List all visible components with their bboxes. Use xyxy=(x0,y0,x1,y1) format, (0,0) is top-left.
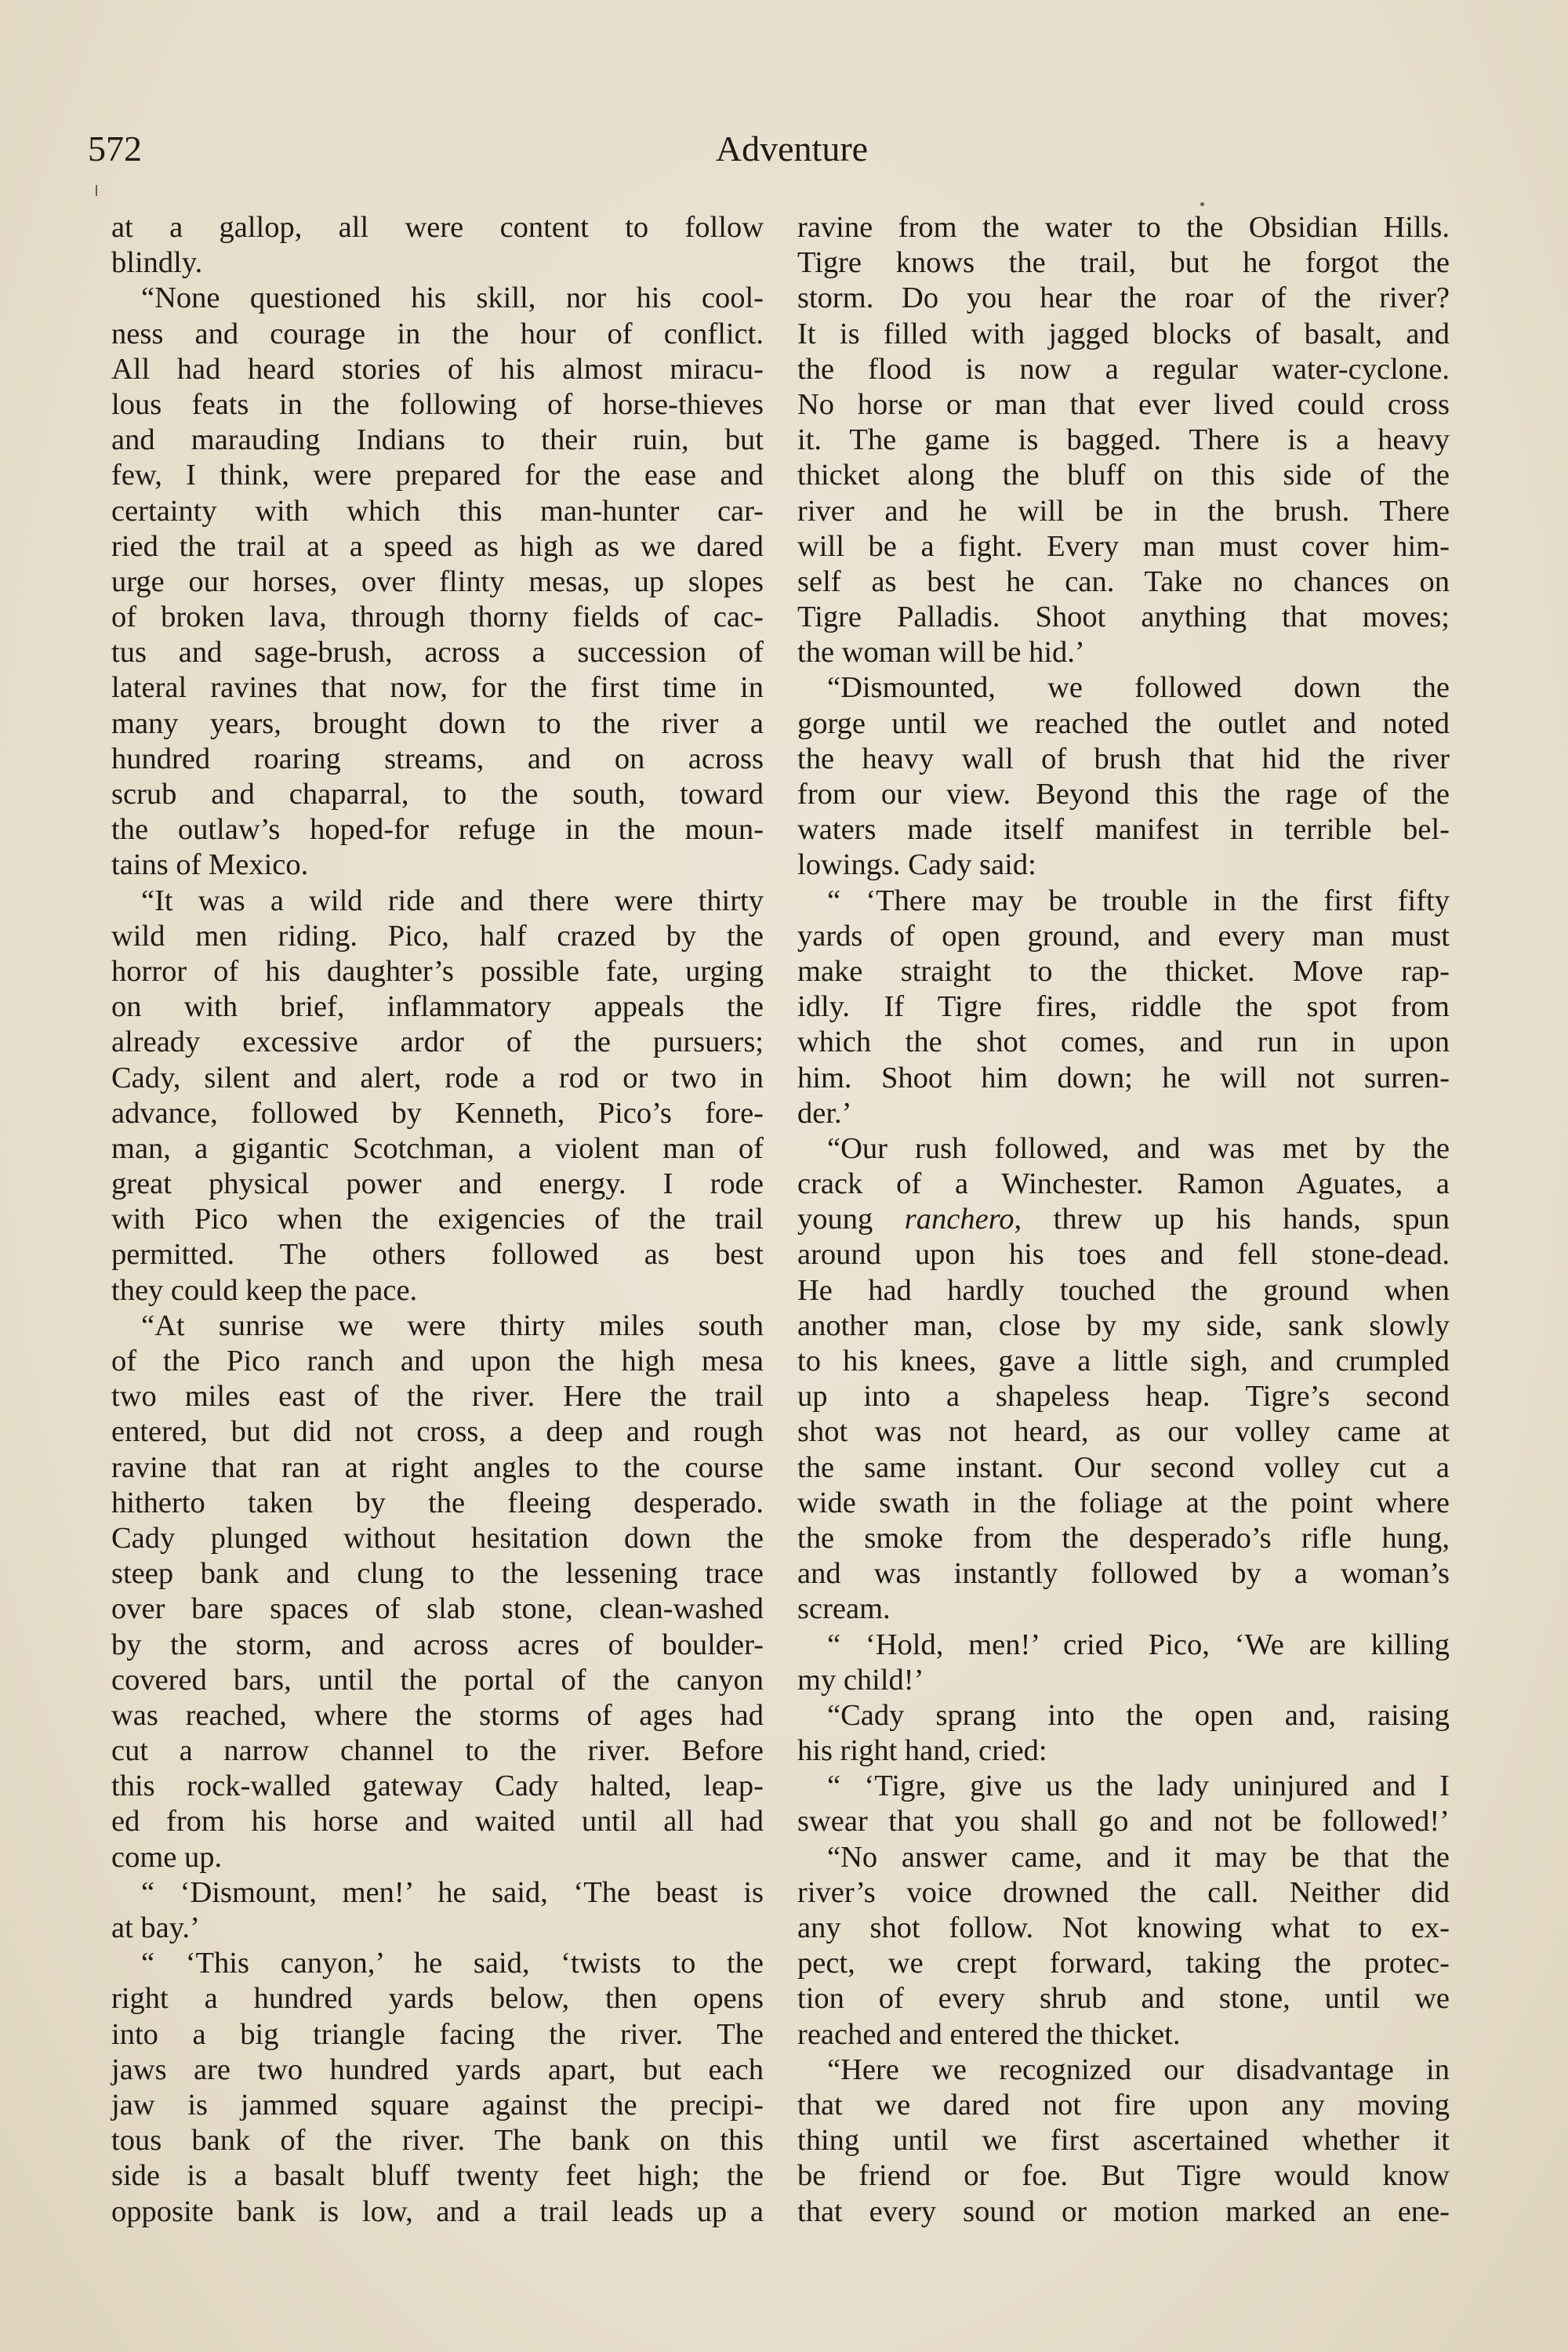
text-line: river’s voice drowned the call. Neither … xyxy=(797,1875,1450,1911)
text-line: shot was not heard, as our volley came a… xyxy=(797,1414,1450,1450)
text-line: crack of a Winchester. Ramon Aguates, a xyxy=(797,1167,1450,1202)
text-line: tains of Mexico. xyxy=(111,848,764,883)
text-line: cut a narrow channel to the river. Befor… xyxy=(111,1733,764,1769)
text-line: entered, but did not cross, a deep and r… xyxy=(111,1414,764,1450)
paragraph-start-line: “Dismounted, we followed down the xyxy=(797,670,1450,706)
text-line: this rock-walled gateway Cady halted, le… xyxy=(111,1769,764,1804)
text-line: thing until we first ascertained whether… xyxy=(797,2123,1450,2158)
text-line: any shot follow. Not knowing what to ex- xyxy=(797,1911,1450,1946)
text-line: thicket along the bluff on this side of … xyxy=(797,458,1450,493)
text-line: my child!’ xyxy=(797,1663,1450,1698)
running-head: 572 Adventure xyxy=(0,125,1568,172)
text-line: man, a gigantic Scotchman, a violent man… xyxy=(111,1131,764,1167)
text-line: right a hundred yards below, then opens xyxy=(111,1981,764,2016)
text-line: river and he will be in the brush. There xyxy=(797,494,1450,529)
text-line: Tigre knows the trail, but he forgot the xyxy=(797,245,1450,281)
text-line: jaw is jammed square against the precipi… xyxy=(111,2088,764,2123)
text-line: waters made itself manifest in terrible … xyxy=(797,812,1450,848)
text-line: and marauding Indians to their ruin, but xyxy=(111,423,764,458)
paragraph-start-line: “Cady sprang into the open and, raising xyxy=(797,1698,1450,1733)
text-line: they could keep the pace. xyxy=(111,1273,764,1308)
paragraph-start-line: “Here we recognized our disadvantage in xyxy=(797,2053,1450,2088)
text-line: the smoke from the desperado’s rifle hun… xyxy=(797,1521,1450,1556)
text-line: certainty with which this man-hunter car… xyxy=(111,494,764,529)
paragraph-start-line: “It was a wild ride and there were thirt… xyxy=(111,884,764,919)
text-line: the same instant. Our second volley cut … xyxy=(797,1450,1450,1486)
text-line: the woman will be hid.’ xyxy=(797,635,1450,670)
text-line: wild men riding. Pico, half crazed by th… xyxy=(111,919,764,954)
text-line: and was instantly followed by a woman’s xyxy=(797,1556,1450,1592)
text-line: from our view. Beyond this the rage of t… xyxy=(797,777,1450,812)
text-line: side is a basalt bluff twenty feet high;… xyxy=(111,2158,764,2194)
text-line: hitherto taken by the fleeing desperado. xyxy=(111,1486,764,1521)
text-line: gorge until we reached the outlet and no… xyxy=(797,706,1450,742)
text-line: that we dared not fire upon any moving xyxy=(797,2088,1450,2123)
text-line: was reached, where the storms of ages ha… xyxy=(111,1698,764,1733)
text-line: Cady, silent and alert, rode a rod or tw… xyxy=(111,1061,764,1096)
text-line: over bare spaces of slab stone, clean-wa… xyxy=(111,1592,764,1627)
paragraph-start-line: “No answer came, and it may be that the xyxy=(797,1840,1450,1875)
text-line: will be a fight. Every man must cover hi… xyxy=(797,529,1450,564)
paragraph-start-line: “ ‘Tigre, give us the lady uninjured and… xyxy=(797,1769,1450,1804)
printer-dot xyxy=(1200,202,1204,206)
text-line: him. Shoot him down; he will not surren- xyxy=(797,1061,1450,1096)
text-line: tion of every shrub and stone, until we xyxy=(797,1981,1450,2016)
text-line: which the shot comes, and run in upon xyxy=(797,1025,1450,1060)
text-line: the heavy wall of brush that hid the riv… xyxy=(797,742,1450,777)
journal-title: Adventure xyxy=(0,125,1568,172)
text-line: permitted. The others followed as best xyxy=(111,1237,764,1272)
text-line: scrub and chaparral, to the south, towar… xyxy=(111,777,764,812)
text-line: lous feats in the following of horse-thi… xyxy=(111,387,764,423)
text-line: the flood is now a regular water-cyclone… xyxy=(797,352,1450,387)
text-line: many years, brought down to the river a xyxy=(111,706,764,742)
text-line: another man, close by my side, sank slow… xyxy=(797,1308,1450,1344)
text-line: lowings. Cady said: xyxy=(797,848,1450,883)
text-line: steep bank and clung to the lessening tr… xyxy=(111,1556,764,1592)
paragraph-start-line: “ ‘There may be trouble in the first fif… xyxy=(797,884,1450,919)
text-line: covered bars, until the portal of the ca… xyxy=(111,1663,764,1698)
text-line: yards of open ground, and every man must xyxy=(797,919,1450,954)
text-line: with Pico when the exigencies of the tra… xyxy=(111,1202,764,1237)
text-line: hundred roaring streams, and on across xyxy=(111,742,764,777)
text-line: up into a shapeless heap. Tigre’s second xyxy=(797,1379,1450,1414)
text-line: tous bank of the river. The bank on this xyxy=(111,2123,764,2158)
paragraph-start-line: “At sunrise we were thirty miles south xyxy=(111,1308,764,1344)
text-line: few, I think, were prepared for the ease… xyxy=(111,458,764,493)
text-line: his right hand, cried: xyxy=(797,1733,1450,1769)
text-line: already excessive ardor of the pursuers; xyxy=(111,1025,764,1060)
text-line: be friend or foe. But Tigre would know xyxy=(797,2158,1450,2194)
text-line: wide swath in the foliage at the point w… xyxy=(797,1486,1450,1521)
paragraph-start-line: “ ‘Hold, men!’ cried Pico, ‘We are killi… xyxy=(797,1628,1450,1663)
italic-term: ranchero xyxy=(905,1203,1014,1236)
text-line: ravine from the water to the Obsidian Hi… xyxy=(797,210,1450,245)
text-line: scream. xyxy=(797,1592,1450,1627)
text-line: Tigre Palladis. Shoot anything that move… xyxy=(797,600,1450,635)
text-line: jaws are two hundred yards apart, but ea… xyxy=(111,2053,764,2088)
text-line: make straight to the thicket. Move rap- xyxy=(797,954,1450,989)
text-line: to his knees, gave a little sigh, and cr… xyxy=(797,1344,1450,1379)
text-line: tus and sage-brush, across a succession … xyxy=(111,635,764,670)
text-line: der.’ xyxy=(797,1096,1450,1131)
column-right: ravine from the water to the Obsidian Hi… xyxy=(797,210,1450,2230)
text-line: urge our horses, over flinty mesas, up s… xyxy=(111,564,764,600)
text-line: young ranchero, threw up his hands, spun xyxy=(797,1202,1450,1237)
text-line: pect, we crept forward, taking the prote… xyxy=(797,1946,1450,1981)
column-left: at a gallop, all were content to followb… xyxy=(111,210,764,2230)
text-line: ried the trail at a speed as high as we … xyxy=(111,529,764,564)
text-line: at bay.’ xyxy=(111,1911,764,1946)
text-line: He had hardly touched the ground when xyxy=(797,1273,1450,1308)
paragraph-start-line: “ ‘Dismount, men!’ he said, ‘The beast i… xyxy=(111,1875,764,1911)
text-line: into a big triangle facing the river. Th… xyxy=(111,2017,764,2053)
text-line: No horse or man that ever lived could cr… xyxy=(797,387,1450,423)
text-line: idly. If Tigre fires, riddle the spot fr… xyxy=(797,989,1450,1025)
text-line: storm. Do you hear the roar of the river… xyxy=(797,281,1450,316)
text-line: All had heard stories of his almost mira… xyxy=(111,352,764,387)
text-line: great physical power and energy. I rode xyxy=(111,1167,764,1202)
text-line: advance, followed by Kenneth, Pico’s for… xyxy=(111,1096,764,1131)
text-line: It is filled with jagged blocks of basal… xyxy=(797,317,1450,352)
text-line: of the Pico ranch and upon the high mesa xyxy=(111,1344,764,1379)
paragraph-start-line: “Our rush followed, and was met by the xyxy=(797,1131,1450,1167)
text-line: blindly. xyxy=(111,245,764,281)
text-line: of broken lava, through thorny fields of… xyxy=(111,600,764,635)
paragraph-start-line: “None questioned his skill, nor his cool… xyxy=(111,281,764,316)
text-line: self as best he can. Take no chances on xyxy=(797,564,1450,600)
text-line: the outlaw’s hoped-for refuge in the mou… xyxy=(111,812,764,848)
paragraph-start-line: “ ‘This canyon,’ he said, ‘twists to the xyxy=(111,1946,764,1981)
text-line: ed from his horse and waited until all h… xyxy=(111,1804,764,1839)
text-line: horror of his daughter’s possible fate, … xyxy=(111,954,764,989)
margin-mark xyxy=(96,185,97,196)
text-line: ravine that ran at right angles to the c… xyxy=(111,1450,764,1486)
text-line: Cady plunged without hesitation down the xyxy=(111,1521,764,1556)
text-line: ness and courage in the hour of conflict… xyxy=(111,317,764,352)
text-line: at a gallop, all were content to follow xyxy=(111,210,764,245)
text-line: it. The game is bagged. There is a heavy xyxy=(797,423,1450,458)
text-line: swear that you shall go and not be follo… xyxy=(797,1804,1450,1839)
text-line: opposite bank is low, and a trail leads … xyxy=(111,2194,764,2230)
text-line: by the storm, and across acres of boulde… xyxy=(111,1628,764,1663)
text-line: around upon his toes and fell stone-dead… xyxy=(797,1237,1450,1272)
text-line: reached and entered the thicket. xyxy=(797,2017,1450,2053)
text-line: that every sound or motion marked an ene… xyxy=(797,2194,1450,2230)
text-line: come up. xyxy=(111,1840,764,1875)
text-line: lateral ravines that now, for the first … xyxy=(111,670,764,706)
text-line: on with brief, inflammatory appeals the xyxy=(111,989,764,1025)
text-line: two miles east of the river. Here the tr… xyxy=(111,1379,764,1414)
